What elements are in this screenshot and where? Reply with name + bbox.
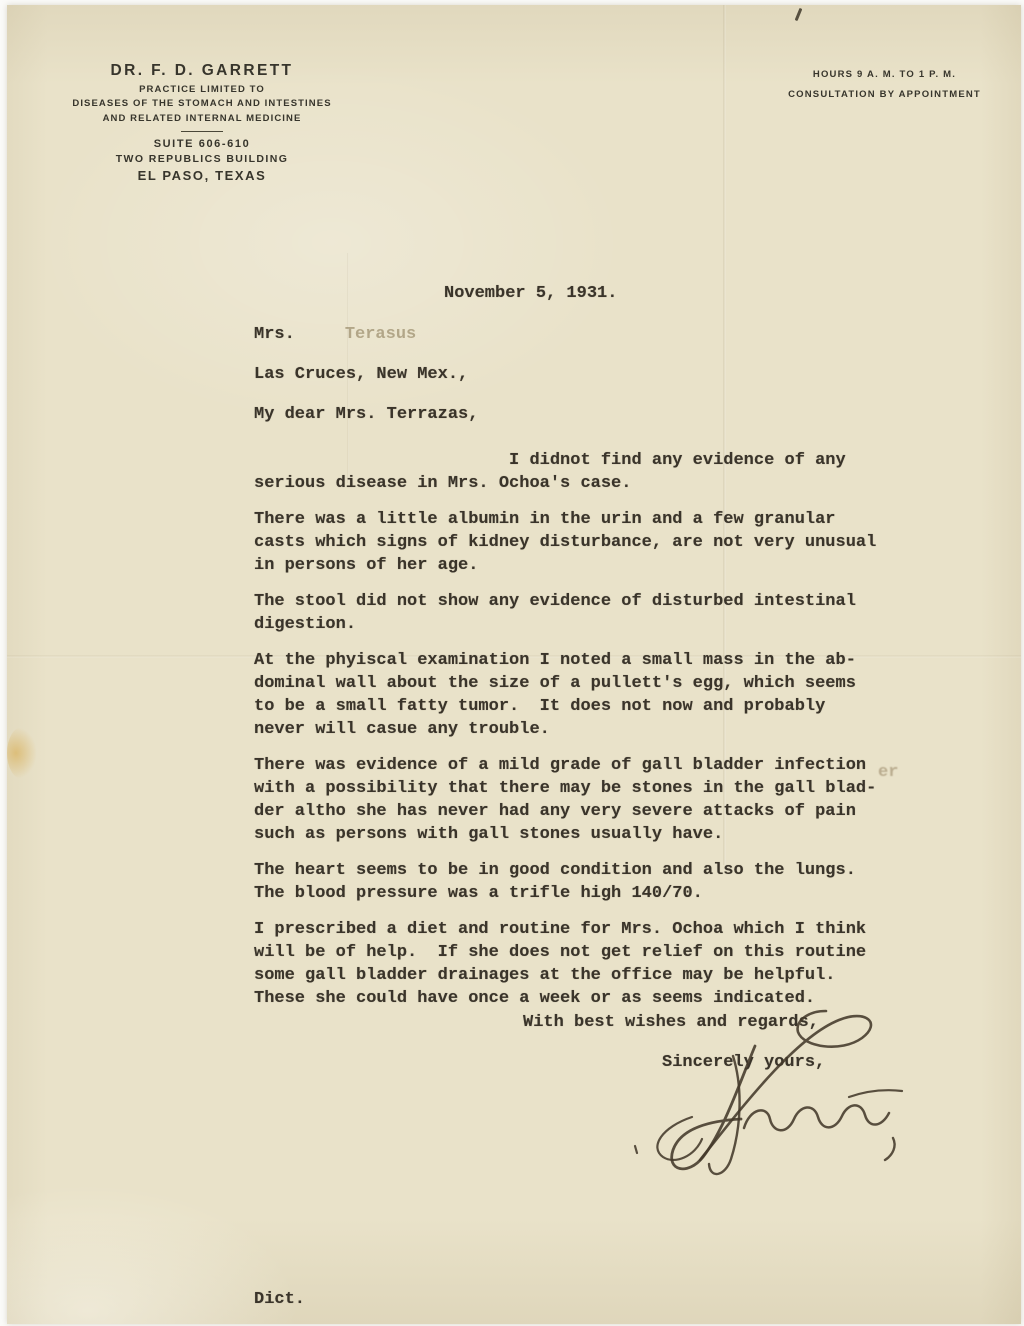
paragraph: The stool did not show any evidence of d… (254, 590, 934, 636)
letterhead-right: HOURS 9 A. M. TO 1 P. M. CONSULTATION BY… (752, 69, 1017, 100)
ink-mark (795, 8, 803, 21)
suite-line: SUITE 606-610 (35, 138, 369, 150)
consultation-note: CONSULTATION BY APPOINTMENT (752, 89, 1017, 100)
recipient-name-faded: Terasus (345, 323, 416, 346)
practice-line-1: PRACTICE LIMITED TO (35, 84, 369, 95)
paragraph: There was evidence of a mild grade of ga… (254, 754, 934, 846)
letter-paper: DR. F. D. GARRETT PRACTICE LIMITED TO DI… (7, 5, 1021, 1324)
practice-line-2: DISEASES OF THE STOMACH AND INTESTINES (35, 98, 369, 109)
practice-line-3: AND RELATED INTERNAL MEDICINE (35, 113, 369, 124)
letter-date: November 5, 1931. (444, 282, 617, 305)
office-hours: HOURS 9 A. M. TO 1 P. M. (752, 69, 1017, 80)
salutation: My dear Mrs. Terrazas, (254, 403, 478, 426)
paragraph: I didnot find any evidence of any seriou… (254, 449, 934, 495)
paragraph: I prescribed a diet and routine for Mrs.… (254, 918, 934, 1010)
recipient-line: Mrs.Terasus (254, 323, 416, 346)
city-line: EL PASO, TEXAS (35, 168, 369, 183)
recipient-title: Mrs. (254, 325, 295, 344)
building-line: TWO REPUBLICS BUILDING (35, 153, 369, 165)
recipient-city: Las Cruces, New Mex., (254, 363, 468, 386)
paper-stain (7, 727, 37, 779)
ghost-ink-offset: er (878, 761, 898, 784)
letterhead-left: DR. F. D. GARRETT PRACTICE LIMITED TO DI… (35, 62, 369, 183)
paragraph: The heart seems to be in good condition … (254, 859, 934, 905)
letter-body: I didnot find any evidence of any seriou… (254, 449, 934, 1023)
doctor-name: DR. F. D. GARRETT (35, 62, 369, 80)
paragraph: There was a little albumin in the urin a… (254, 508, 934, 577)
letterhead-divider (181, 131, 223, 133)
scan-background: DR. F. D. GARRETT PRACTICE LIMITED TO DI… (0, 0, 1024, 1326)
signature-f-garrett (592, 998, 942, 1183)
paragraph: At the phyiscal examination I noted a sm… (254, 649, 934, 741)
dictation-note: Dict. (254, 1288, 305, 1311)
